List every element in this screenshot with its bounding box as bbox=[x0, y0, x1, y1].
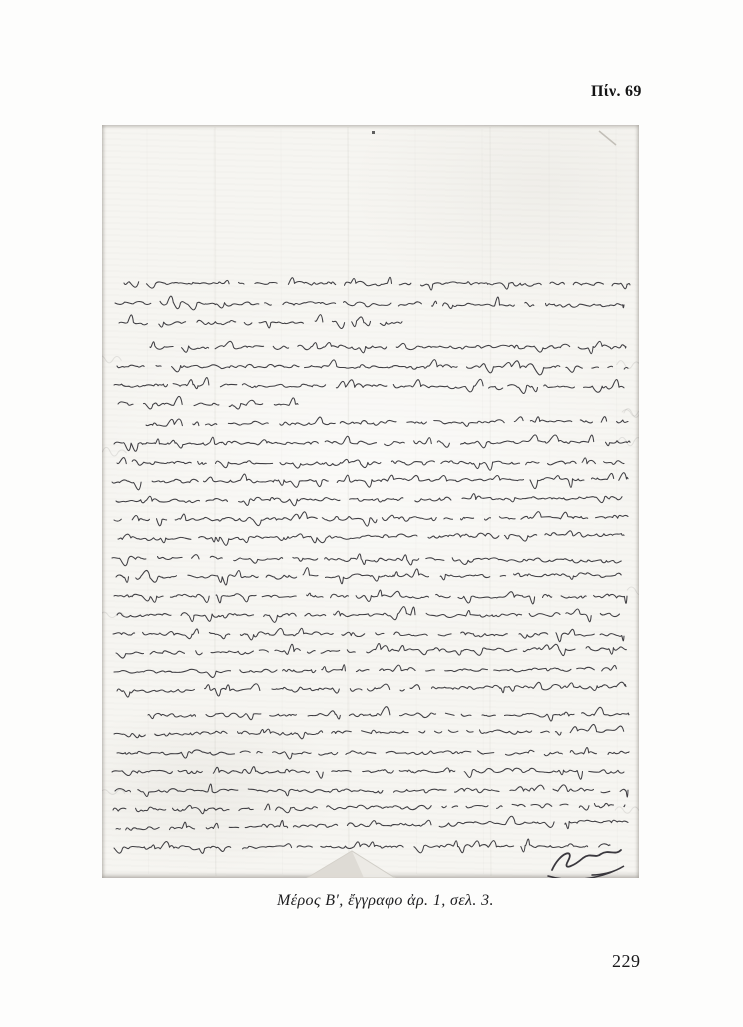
figure-caption: Μέρος Β′, ἔγγραφο ἀρ. 1, σελ. 3. bbox=[0, 891, 743, 911]
page-number: 229 bbox=[612, 951, 641, 972]
handwriting-illustration bbox=[102, 125, 639, 878]
plate-label: Πίν. 69 bbox=[591, 83, 642, 101]
manuscript-photo bbox=[102, 125, 639, 878]
book-page: Πίν. 69 Μέρος Β′, ἔγγραφο ἀρ. 1, σελ. 3.… bbox=[0, 0, 743, 1027]
